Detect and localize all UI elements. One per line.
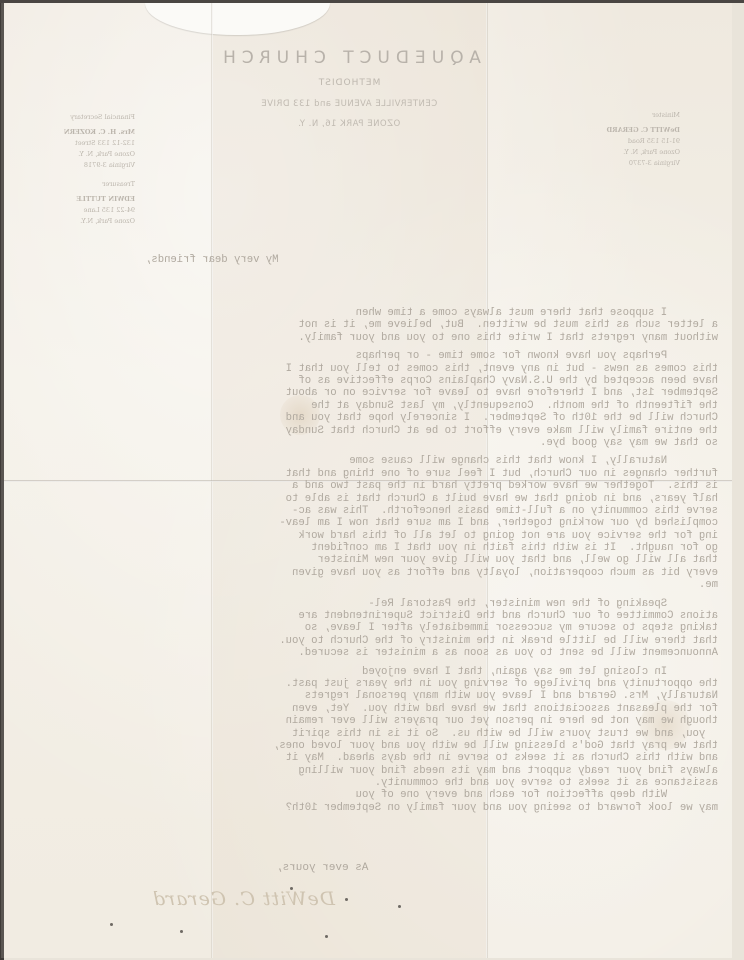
ink-speck [398, 905, 401, 908]
officer-role: Financial Secretary [30, 112, 135, 123]
ink-speck [180, 930, 183, 933]
body-line: that there will be little break in the m… [100, 635, 718, 647]
body-line: me. [100, 579, 718, 591]
body-line: is this. Together we have worked pretty … [100, 480, 718, 492]
officer-line: 132-12 133 Street [30, 138, 135, 149]
body-line: have been accepted by the U.S.Navy Chapl… [100, 375, 718, 387]
officer-line: Virginia 3-9718 [30, 160, 135, 171]
letterhead-minister-block: Minister DeWITT C. GERARD 91-15 135 Road… [575, 110, 680, 169]
body-line: you, and we trust yours will be with us.… [100, 728, 718, 740]
officer-line: 94-22 135 Lane [30, 205, 135, 216]
officer-line: Ozone Park, N.Y. [30, 216, 135, 227]
church-address: CENTERVILLE AVENUE and 133 DRIVE [212, 99, 486, 109]
body-line: Naturally, I know that this change will … [100, 455, 718, 467]
body-line: further changes in our Church, but I fee… [100, 468, 718, 480]
officer-role: Treasurer [30, 179, 135, 190]
body-line: a letter such as this must be written. B… [100, 319, 718, 331]
body-line: Naturally, Mrs. Gerard and I leave you w… [100, 690, 718, 702]
body-line: for the pleasant associations that we ha… [100, 703, 718, 715]
body-line: assistance as it seeks to serve you and … [100, 777, 718, 789]
body-line: serve this community on a full-time basi… [100, 505, 718, 517]
body-line: every bit as much cooperation, loyalty a… [100, 567, 718, 579]
denomination: METHODIST [212, 78, 486, 88]
ink-speck [345, 898, 348, 901]
body-line: and with this Church as it seeks to serv… [100, 752, 718, 764]
body-line: Speaking of the new minister, the Pastor… [100, 598, 718, 610]
letter-body: My very dear friends, I suppose that the… [100, 229, 718, 827]
salutation: My very dear friends, [100, 254, 718, 266]
body-line: this comes as news - but in any event, t… [100, 363, 718, 375]
minister-line: 91-15 135 Road [575, 136, 680, 147]
body-line: that we pray that God's blessing will be… [100, 740, 718, 752]
body-line: may we look forward to seeing you and yo… [100, 802, 718, 814]
letterhead-officers-block: Financial Secretary Mrs. H. C. KOZERN 13… [30, 112, 135, 227]
body-line: without many regrets that I write this o… [100, 332, 718, 344]
body-line: ations Committee of our Church and the D… [100, 610, 718, 622]
closing: As ever yours, [276, 862, 368, 874]
ink-speck [110, 923, 113, 926]
body-line: Church will be the 10th of September. I … [100, 412, 718, 424]
body-line: the fifteenth of the month. Consequently… [100, 400, 718, 412]
body-line: Perhaps you have known for some time - o… [100, 350, 718, 362]
body-line: though we may not be here in person yet … [100, 715, 718, 727]
body-line: complished by our working together, and … [100, 517, 718, 529]
body-line: that all will go well, and that you will… [100, 554, 718, 566]
body-line: always find your ready support and may i… [100, 765, 718, 777]
body-line: With deep affection for each and every o… [100, 789, 718, 801]
body-line: September 1st, and I therefore have to l… [100, 387, 718, 399]
letterhead: AQUEDUCT CHURCH METHODIST CENTERVILLE AV… [212, 48, 486, 129]
ink-speck [325, 935, 328, 938]
church-name: AQUEDUCT CHURCH [212, 48, 486, 68]
body-line: taking steps to secure my successor imme… [100, 622, 718, 634]
body-line: the entire family will make every effort… [100, 425, 718, 437]
minister-line: DeWITT C. GERARD [575, 125, 680, 136]
body-line: Announcement will be sent to you as soon… [100, 647, 718, 659]
officer-line: Mrs. H. C. KOZERN [30, 127, 135, 138]
body-line: In closing let me say again, that I have… [100, 666, 718, 678]
signature: DeWitt C. Gerard [95, 888, 335, 918]
body-line: half years, and in doing that we have bu… [100, 493, 718, 505]
body-line: ing for the service you are not going to… [100, 530, 718, 542]
body-text: I suppose that there must always come a … [100, 307, 718, 814]
ink-speck [290, 887, 293, 890]
body-line: go for naught. It is with this faith in … [100, 542, 718, 554]
body-line: I suppose that there must always come a … [100, 307, 718, 319]
church-city: OZONE PARK 16, N. Y. [212, 119, 486, 129]
minister-role: Minister [575, 110, 680, 121]
officer-line: Ozone Park, N. Y. [30, 149, 135, 160]
body-line: so that we may say good bye. [100, 437, 718, 449]
minister-line: Virginia 3-7370 [575, 158, 680, 169]
minister-line: Ozone Park, N. Y. [575, 147, 680, 158]
body-line: the opportunity and privilege of serving… [100, 678, 718, 690]
officer-line: EDWIN TUTTLE [30, 194, 135, 205]
